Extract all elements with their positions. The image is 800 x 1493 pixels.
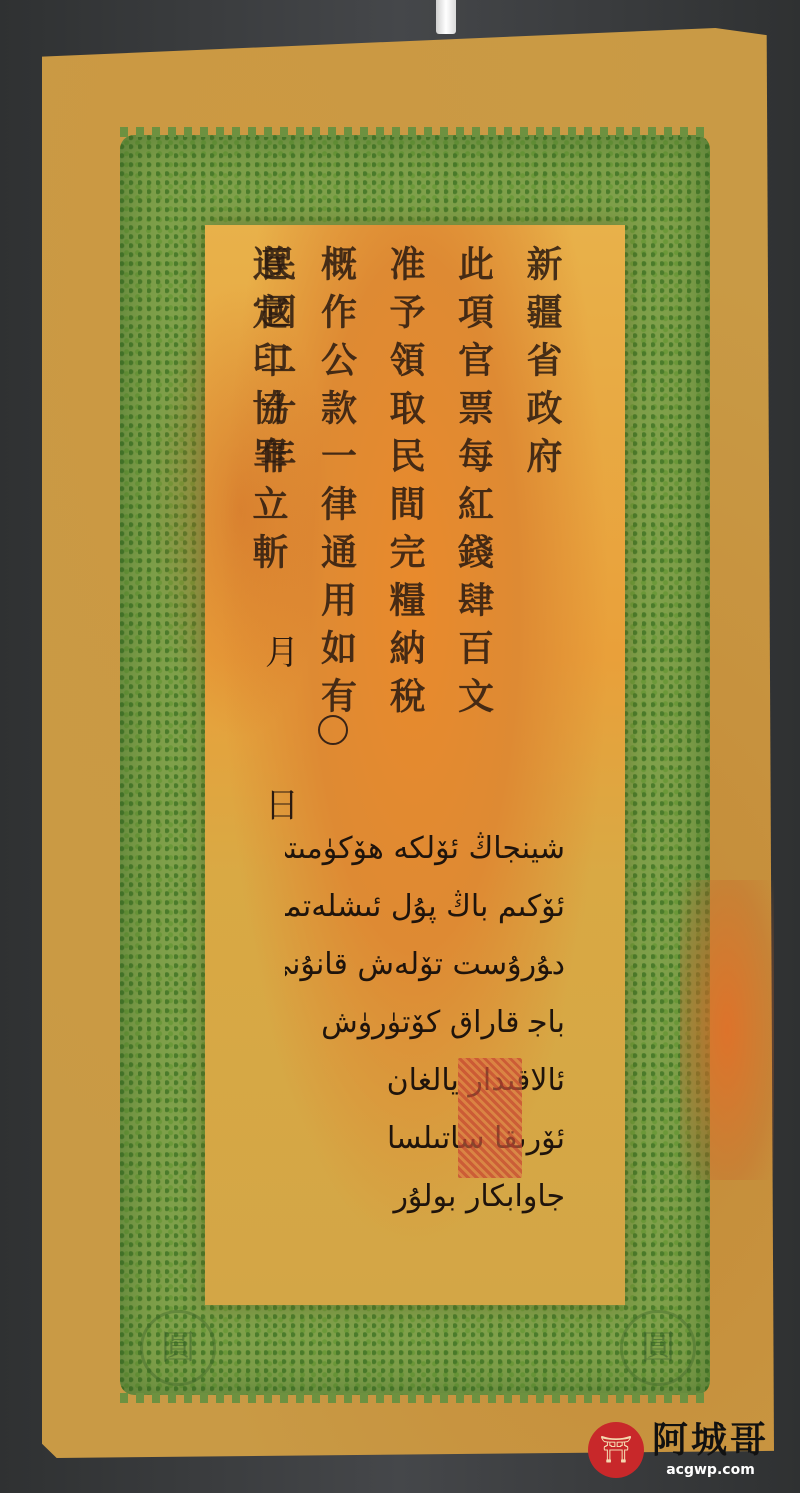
circle-mark — [318, 715, 348, 745]
palace-logo-icon: ⛩ — [588, 1422, 644, 1478]
corner-ornament-bottom-right: 圓 — [620, 1310, 696, 1386]
site-watermark: ⛩ 阿城哥 acgwp.com — [588, 1422, 769, 1478]
chinese-column-1: 新疆省政府 — [524, 245, 560, 825]
uyghur-line: ﺟﺎﻭﺍﺑﻜﺎﺭ ﺑﻮﻟﯘﺭ — [285, 1168, 565, 1226]
chinese-column-4: 准予領取民間完糧納稅 — [387, 245, 423, 825]
uyghur-line: ﺋﯚﻛﯩﻢ ﺑﺎﯓ ﭘﯘﻝ ﺋﯩﺸﻠﻪﺗﻤﻪ — [285, 878, 565, 936]
uyghur-line: ﺑﺎﺟ ﻗﺎﺭﺍﻕ ﻛﯚﺗﯜﺭﯛﺵ — [285, 994, 565, 1052]
uyghur-line: ﺋﺎﻟﺎﻗﯩﺪﺍﺭ ﻳﺎﻟﻐﺎﻥ — [285, 1052, 565, 1110]
watermark-name: 阿城哥 — [652, 1422, 769, 1458]
uyghur-line: ﺷﻴﻨﺠﺎﯓ ﺋﯚﻟﻜﻪ ﻫﯚﻛﯜﻣﯩﺘﻰ — [285, 820, 565, 878]
uyghur-line: ﺋﯚﺭﯨﻘﺎ ﺳﺎﺗﯩﻠﺴﺎ — [285, 1110, 565, 1168]
date-month: 月 — [265, 625, 299, 674]
corner-ornament-bottom-left: 圓 — [140, 1310, 216, 1386]
red-seal-stamp — [458, 1058, 522, 1178]
uyghur-line: ﺩﯘﺭﯗﺳﺖ ﺗﯚﻟﻪﺵ ﻗﺎﻧﯘﻧﻰ — [285, 936, 565, 994]
watermark-url: acgwp.com — [666, 1462, 755, 1478]
chinese-column-3: 此項官票每紅錢肆百文 — [456, 245, 492, 825]
right-edge-seal — [680, 880, 774, 1180]
date-year: 民國二十年 — [258, 245, 294, 485]
uyghur-text-block: ﺷﻴﻨﺠﺎﯓ ﺋﯚﻟﻜﻪ ﻫﯚﻛﯜﻣﯩﺘﻰ ﺋﯚﻛﯩﻢ ﺑﺎﯓ ﭘﯘﻝ ﺋﯩﺸﻠ… — [285, 820, 565, 1290]
hanging-clip — [436, 0, 456, 34]
